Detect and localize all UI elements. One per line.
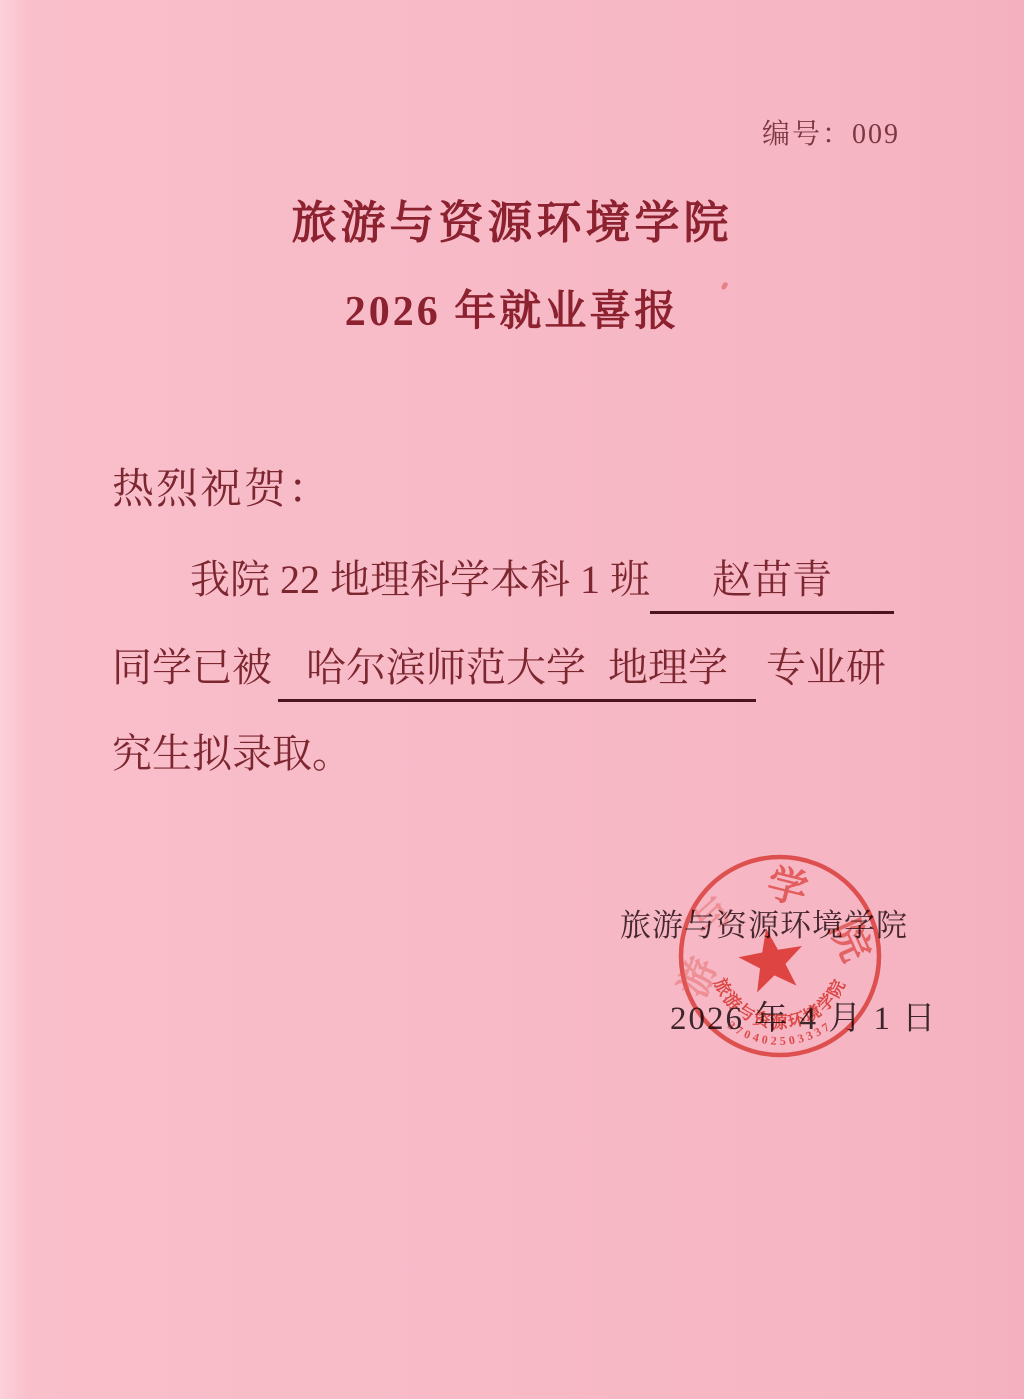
star-icon [734,923,808,995]
line1-prefix: 我院 22 地理科学本科 1 班 [190,548,650,605]
document-page: 编号：009 旅游与资源环境学院 2026 年就业喜报 热烈祝贺： 我院 22 … [0,0,1024,1399]
student-name: 赵苗青 [712,548,832,605]
university-name: 哈尔滨师范大学 [306,636,586,693]
page-subtitle: 2026 年就业喜报 [0,278,1024,338]
page-title: 旅游与资源环境学院 [0,186,1024,251]
seal-big-char-xue: 学 [762,860,812,913]
serial-number: 编号：009 [762,112,900,152]
line2-suffix: 专业研 [766,636,886,693]
salutation-text: 热烈祝贺： [112,456,332,516]
body-line-1: 我院 22 地理科学本科 1 班 赵苗青 [112,548,894,614]
student-name-blank: 赵苗青 [650,548,894,614]
line3-text: 究生拟录取。 [112,722,352,779]
body-line-2: 同学已被 哈尔滨师范大学 地理学 专业研 [112,636,894,702]
major-name: 地理学 [608,636,728,693]
admission-blank: 哈尔滨师范大学 地理学 [278,636,756,702]
line2-prefix: 同学已被 [112,636,272,693]
body-line-3: 究生拟录取。 [112,722,894,779]
seal-big-char-yu: 与 [684,889,740,946]
college-seal-stamp: 学 院 与 游 旅游与资源环境学院 370402503337 [668,846,892,1070]
